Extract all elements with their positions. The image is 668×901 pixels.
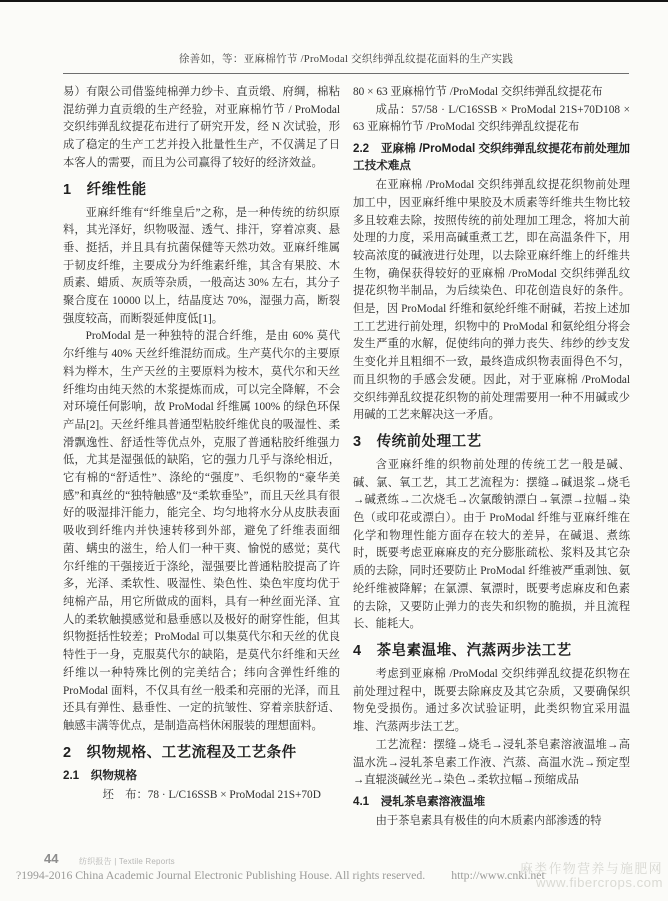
section-2-2-heading: 2.2 亚麻棉 /ProModal 交织纬弹乱纹提花布前处理加工技术难点 (353, 141, 630, 174)
paragraph-promodal-properties: ProModal 是一种独特的混合纤维，是由 60% 莫代尔纤维与 40% 天丝… (63, 328, 340, 735)
paragraph-flax-properties: 亚麻纤维有“纤维皇后”之称，是一种传统的纺织原料，其光泽好，织物吸湿、透气、排汗… (63, 205, 340, 329)
right-column: 80 × 63 亚麻棉竹节 /ProModal 交织纬弹乱纹提花布 成品：57/… (353, 84, 630, 831)
scanned-paper-page: 徐善如，等：亚麻棉竹节 /ProModal 交织纬弹乱纹提花面料的生产实践 易）… (0, 0, 668, 901)
paragraph-process-flow: 工艺流程：摆缝→烧毛→浸轧茶皂素溶液温堆→高温水洗→浸轧茶皂素工作液、汽蒸、高温… (353, 737, 630, 790)
page-top-edge (0, 0, 668, 2)
paragraph-tea-saponin: 由于茶皂素具有极佳的向木质素内部渗透的特 (353, 813, 630, 831)
watermark-site-name: 麻类作物营养与施肥网 (520, 862, 663, 876)
journal-name: 纺织报告 | Textile Reports (79, 856, 175, 867)
watermark-site-url: www.fibercrops.com (520, 876, 663, 890)
paragraph-pretreatment-difficulty: 在亚麻棉 /ProModal 交织纬弹乱纹提花织物前处理加工中，因亚麻纤维中果胶… (353, 177, 630, 425)
running-header: 徐善如，等：亚麻棉竹节 /ProModal 交织纬弹乱纹提花面料的生产实践 (63, 51, 629, 66)
watermark: 麻类作物营养与施肥网 www.fibercrops.com (520, 862, 663, 890)
section-2-1-heading: 2.1 织物规格 (63, 768, 340, 785)
paragraph-continuation: 易）有限公司借鉴纯棉弹力纱卡、直贡缎、府绸，棉粘混纺弹力直贡缎的生产经验，对亚麻… (63, 84, 340, 173)
page-number: 44 (44, 851, 58, 866)
section-1-heading: 1 纤维性能 (63, 181, 340, 200)
spec-greige-continuation: 80 × 63 亚麻棉竹节 /ProModal 交织纬弹乱纹提花布 (353, 84, 630, 102)
section-3-heading: 3 传统前处理工艺 (353, 433, 630, 452)
article-body: 易）有限公司借鉴纯棉弹力纱卡、直贡缎、府绸，棉粘混纺弹力直贡缎的生产经验，对亚麻… (63, 84, 630, 831)
spec-greige-fabric: 坯 布：78 · L/C16SSB × ProModal 21S+70D (63, 787, 340, 805)
left-column: 易）有限公司借鉴纯棉弹力纱卡、直贡缎、府绸，棉粘混纺弹力直贡缎的生产经验，对亚麻… (63, 84, 340, 831)
section-4-1-heading: 4.1 浸轧茶皂素溶液温堆 (353, 794, 630, 811)
section-4-heading: 4 茶皂素温堆、汽蒸两步法工艺 (353, 642, 630, 661)
copyright-text: ?1994-2016 China Academic Journal Electr… (16, 868, 425, 882)
spec-finished-fabric: 成品：57/58 · L/C16SSB × ProModal 21S+70D10… (353, 102, 630, 137)
section-2-heading: 2 织物规格、工艺流程及工艺条件 (63, 744, 340, 763)
copyright-line: ?1994-2016 China Academic Journal Electr… (16, 868, 545, 883)
header-rule (63, 73, 629, 74)
paragraph-two-step-method: 考虑到亚麻棉 /ProModal 交织纬弹乱纹提花织物在前处理过程中，既要去除麻… (353, 666, 630, 737)
paragraph-traditional-process: 含亚麻纤维的织物前处理的传统工艺一般是碱、碱、氯、氧工艺，其工艺流程为：摆缝→碱… (353, 457, 630, 634)
